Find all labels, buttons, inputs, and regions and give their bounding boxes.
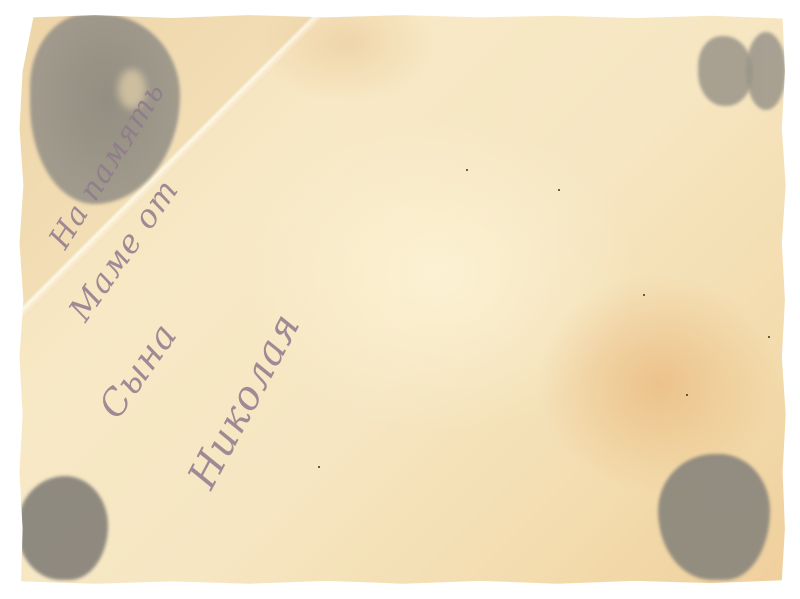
handwritten-inscription: На память Маме от Сына Николая bbox=[0, 0, 800, 599]
inscription-line-3: Сына bbox=[91, 316, 185, 426]
inscription-line-4: Николая bbox=[179, 305, 309, 496]
